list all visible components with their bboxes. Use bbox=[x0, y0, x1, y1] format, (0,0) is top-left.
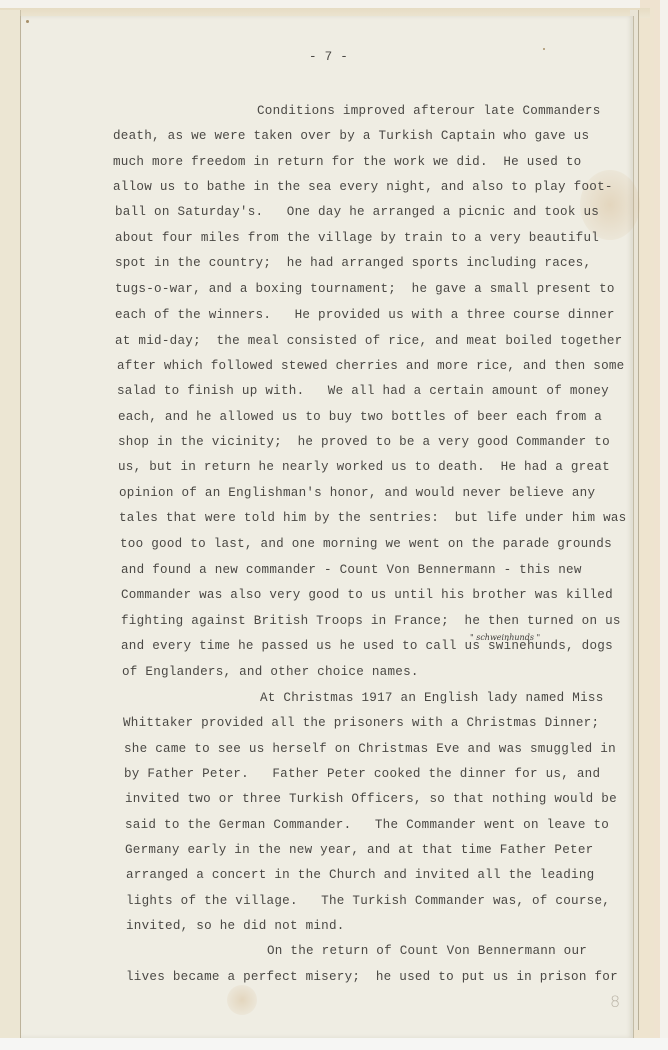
text-line: lights of the village. The Turkish Comma… bbox=[126, 894, 610, 908]
text-line: by Father Peter. Father Peter cooked the… bbox=[124, 767, 600, 781]
text-line: allow us to bathe in the sea every night… bbox=[113, 180, 613, 194]
text-line: At Christmas 1917 an English lady named … bbox=[260, 691, 604, 705]
text-line: at mid-day; the meal consisted of rice, … bbox=[115, 334, 623, 348]
text-line: Conditions improved afterour late Comman… bbox=[257, 104, 601, 118]
text-line: tales that were told him by the sentries… bbox=[119, 511, 627, 525]
paper-speck bbox=[543, 48, 545, 50]
text-line: each of the winners. He provided us with… bbox=[115, 308, 615, 322]
text-line: and found a new commander - Count Von Be… bbox=[121, 563, 582, 577]
text-line: after which followed stewed cherries and… bbox=[117, 359, 625, 373]
folio-number: 8 bbox=[610, 992, 620, 1011]
text-line: Whittaker provided all the prisoners wit… bbox=[123, 716, 599, 730]
text-line: death, as we were taken over by a Turkis… bbox=[113, 129, 589, 143]
text-line: shop in the vicinity; he proved to be a … bbox=[118, 435, 610, 449]
text-line: said to the German Commander. The Comman… bbox=[125, 818, 609, 832]
text-line: ball on Saturday's. One day he arranged … bbox=[115, 205, 599, 219]
handwritten-annotation: " schweinhunds " bbox=[470, 633, 540, 642]
text-line: much more freedom in return for the work… bbox=[113, 155, 581, 169]
text-line: invited two or three Turkish Officers, s… bbox=[125, 792, 617, 806]
text-line: Commander was also very good to us until… bbox=[121, 588, 613, 602]
paper-speck bbox=[26, 20, 29, 23]
text-line: Germany early in the new year, and at th… bbox=[125, 843, 593, 857]
text-line: about four miles from the village by tra… bbox=[115, 231, 599, 245]
text-line: lives became a perfect misery; he used t… bbox=[126, 970, 618, 984]
text-line: salad to finish up with. We all had a ce… bbox=[117, 384, 609, 398]
text-line: tugs-o-war, and a boxing tournament; he … bbox=[115, 282, 615, 296]
scan-bottom-margin bbox=[0, 1038, 668, 1050]
text-line: invited, so he did not mind. bbox=[126, 919, 345, 933]
text-line: arranged a concert in the Church and inv… bbox=[126, 868, 594, 882]
text-line: fighting against British Troops in Franc… bbox=[121, 614, 621, 628]
text-line: spot in the country; he had arranged spo… bbox=[115, 256, 591, 270]
adjacent-page-edge bbox=[0, 10, 21, 1038]
text-line: she came to see us herself on Christmas … bbox=[124, 742, 616, 756]
text-line: On the return of Count Von Bennermann ou… bbox=[267, 944, 587, 958]
text-line: us, but in return he nearly worked us to… bbox=[118, 460, 610, 474]
paper-stain bbox=[227, 985, 257, 1015]
text-line: opinion of an Englishman's honor, and wo… bbox=[119, 486, 595, 500]
text-line: each, and he allowed us to buy two bottl… bbox=[118, 410, 602, 424]
text-line: of Englanders, and other choice names. bbox=[122, 665, 419, 679]
typewritten-page bbox=[20, 16, 634, 1039]
text-line: too good to last, and one morning we wen… bbox=[120, 537, 612, 551]
page-number: - 7 - bbox=[309, 50, 348, 64]
